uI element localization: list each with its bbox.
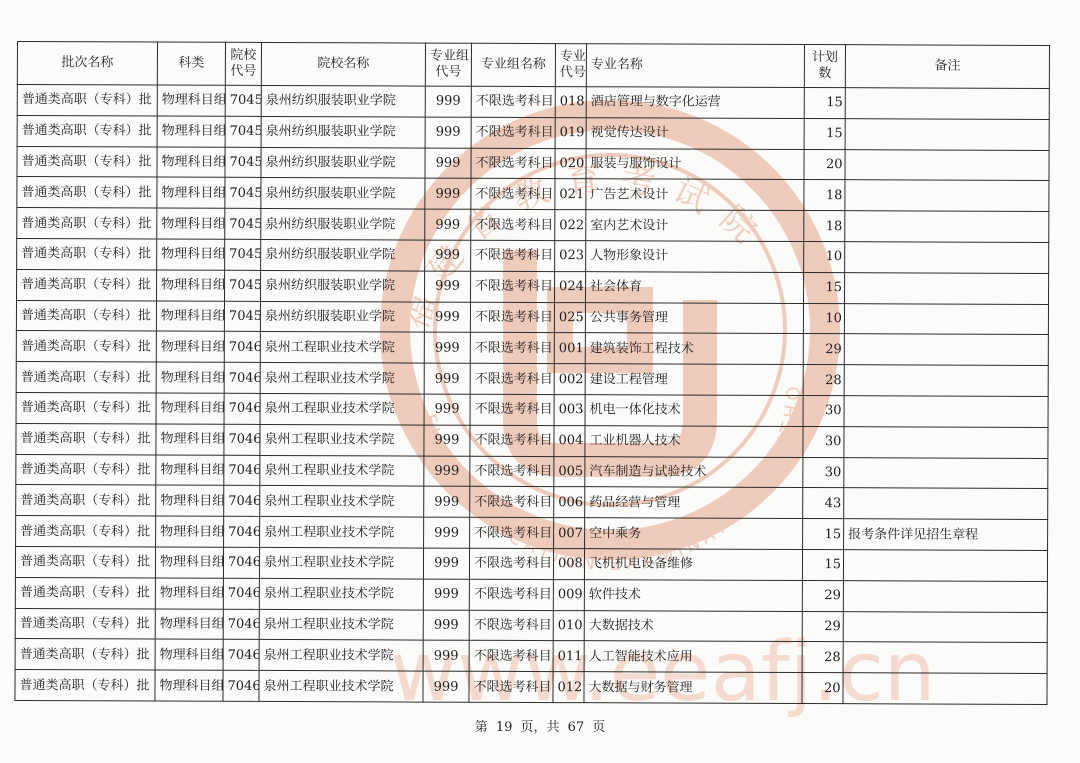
major-code-cell: 020 [555, 148, 586, 179]
major-name-cell: 空中乘务 [585, 518, 803, 550]
remark-cell [844, 426, 1048, 458]
school-name-cell: 泉州工程职业技术学院 [260, 455, 424, 486]
school-name-cell: 泉州纺织服装职业学院 [261, 270, 425, 301]
batch-cell: 普通类高职（专科）批 [16, 423, 156, 454]
group-code-cell: 999 [424, 456, 470, 487]
remark-cell [844, 396, 1048, 428]
school-code-cell: 7046 [224, 486, 260, 517]
remark-cell: 报考条件详见招生章程 [844, 519, 1048, 551]
major-code-cell: 012 [553, 672, 584, 703]
school-name-cell: 泉州工程职业技术学院 [260, 486, 424, 517]
school-code-cell: 7046 [223, 640, 259, 671]
group-code-cell: 999 [423, 548, 469, 579]
table-body: 普通类高职（专科）批物理科目组7045泉州纺织服装职业学院999不限选考科目01… [15, 85, 1049, 705]
category-cell: 物理科目组 [156, 485, 224, 516]
group-code-cell: 999 [425, 271, 471, 302]
school-code-cell: 7045 [225, 178, 261, 209]
group-name-cell: 不限选考科目 [469, 548, 553, 579]
remark-cell [845, 180, 1049, 212]
major-code-cell: 009 [553, 579, 584, 610]
major-code-cell: 010 [553, 610, 584, 641]
group-code-cell: 999 [423, 640, 469, 671]
header-school-name: 院校名称 [261, 42, 425, 86]
batch-cell: 普通类高职（专科）批 [16, 516, 156, 547]
table-row: 普通类高职（专科）批物理科目组7046泉州工程职业技术学院999不限选考科目00… [16, 454, 1048, 489]
school-code-cell: 7046 [224, 424, 260, 455]
group-code-cell: 999 [424, 517, 470, 548]
major-name-cell: 广告艺术设计 [586, 179, 804, 211]
school-code-cell: 7045 [225, 147, 261, 178]
school-name-cell: 泉州工程职业技术学院 [259, 609, 423, 640]
major-code-cell: 005 [554, 456, 585, 487]
major-name-cell: 汽车制造与试验技术 [585, 456, 803, 488]
batch-cell: 普通类高职（专科）批 [16, 485, 156, 516]
table-row: 普通类高职（专科）批物理科目组7046泉州工程职业技术学院999不限选考科目01… [15, 608, 1047, 643]
plan-count-cell: 20 [804, 149, 845, 180]
category-cell: 物理科目组 [157, 270, 225, 301]
school-code-cell: 7046 [224, 393, 260, 424]
major-code-cell: 025 [554, 302, 585, 333]
category-cell: 物理科目组 [156, 393, 224, 424]
remark-cell [845, 118, 1049, 150]
major-code-cell: 011 [553, 641, 584, 672]
major-name-cell: 人物形象设计 [586, 241, 804, 273]
major-code-cell: 018 [555, 87, 586, 118]
group-name-cell: 不限选考科目 [470, 363, 554, 394]
group-name-cell: 不限选考科目 [471, 86, 555, 117]
school-name-cell: 泉州纺织服装职业学院 [261, 147, 425, 178]
category-cell: 物理科目组 [156, 516, 224, 547]
group-code-cell: 999 [425, 240, 471, 271]
plan-count-cell: 30 [803, 426, 844, 457]
group-code-cell: 999 [424, 486, 470, 517]
group-name-cell: 不限选考科目 [471, 148, 555, 179]
batch-cell: 普通类高职（专科）批 [16, 331, 156, 362]
category-cell: 物理科目组 [155, 547, 223, 578]
plan-count-cell: 29 [802, 611, 843, 642]
category-cell: 物理科目组 [156, 331, 224, 362]
plan-count-cell: 29 [803, 334, 844, 365]
group-code-cell: 999 [424, 363, 470, 394]
remark-cell [844, 303, 1048, 335]
group-code-cell: 999 [423, 671, 469, 702]
school-name-cell: 泉州纺织服装职业学院 [261, 209, 425, 240]
remark-cell [844, 272, 1048, 304]
batch-cell: 普通类高职（专科）批 [17, 208, 157, 239]
category-cell: 物理科目组 [157, 85, 225, 116]
remark-cell [845, 149, 1049, 181]
batch-cell: 普通类高职（专科）批 [16, 392, 156, 423]
group-name-cell: 不限选考科目 [471, 240, 555, 271]
category-cell: 物理科目组 [156, 424, 224, 455]
category-cell: 物理科目组 [155, 639, 223, 670]
category-cell: 物理科目组 [157, 208, 225, 239]
major-name-cell: 大数据技术 [584, 610, 802, 642]
remark-cell [844, 334, 1048, 366]
table-row: 普通类高职（专科）批物理科目组7045泉州纺织服装职业学院999不限选考科目02… [17, 238, 1049, 273]
school-name-cell: 泉州纺织服装职业学院 [261, 178, 425, 209]
plan-count-cell: 15 [804, 118, 845, 149]
batch-cell: 普通类高职（专科）批 [15, 608, 155, 639]
category-cell: 物理科目组 [156, 362, 224, 393]
batch-cell: 普通类高职（专科）批 [15, 546, 155, 577]
group-name-cell: 不限选考科目 [469, 579, 553, 610]
group-code-cell: 999 [424, 394, 470, 425]
table-row: 普通类高职（专科）批物理科目组7046泉州工程职业技术学院999不限选考科目01… [15, 670, 1047, 705]
table-row: 普通类高职（专科）批物理科目组7046泉州工程职业技术学院999不限选考科目00… [16, 362, 1048, 397]
plan-count-cell: 15 [802, 549, 843, 580]
major-name-cell: 社会体育 [586, 271, 804, 303]
group-name-cell: 不限选考科目 [471, 179, 555, 210]
table-row: 普通类高职（专科）批物理科目组7045泉州纺织服装职业学院999不限选考科目02… [16, 300, 1048, 335]
group-code-cell: 999 [425, 209, 471, 240]
group-name-cell: 不限选考科目 [470, 456, 554, 487]
school-name-cell: 泉州纺织服装职业学院 [261, 85, 425, 116]
major-code-cell: 022 [555, 210, 586, 241]
major-name-cell: 公共事务管理 [585, 302, 803, 334]
category-cell: 物理科目组 [156, 301, 224, 332]
school-code-cell: 7046 [224, 362, 260, 393]
school-name-cell: 泉州纺织服装职业学院 [260, 301, 424, 332]
plan-count-cell: 10 [804, 242, 845, 273]
table-header-row: 批次名称 科类 院校代号 院校名称 专业组代号 专业组名称 专业代号 专业名称 … [17, 42, 1049, 89]
batch-cell: 普通类高职（专科）批 [17, 269, 157, 300]
school-code-cell: 7046 [223, 547, 259, 578]
batch-cell: 普通类高职（专科）批 [17, 177, 157, 208]
major-name-cell: 建筑装饰工程技术 [585, 333, 803, 365]
remark-cell [843, 580, 1047, 612]
table-row: 普通类高职（专科）批物理科目组7046泉州工程职业技术学院999不限选考科目00… [16, 516, 1048, 551]
table-row: 普通类高职（专科）批物理科目组7046泉州工程职业技术学院999不限选考科目00… [15, 577, 1047, 612]
major-name-cell: 人工智能技术应用 [584, 641, 802, 673]
school-name-cell: 泉州工程职业技术学院 [259, 671, 423, 702]
major-name-cell: 药品经营与管理 [585, 487, 803, 519]
group-name-cell: 不限选考科目 [471, 271, 555, 302]
plan-count-cell: 29 [802, 580, 843, 611]
header-remark: 备注 [845, 45, 1049, 89]
school-name-cell: 泉州工程职业技术学院 [260, 363, 424, 394]
category-cell: 物理科目组 [155, 670, 223, 701]
table-row: 普通类高职（专科）批物理科目组7046泉州工程职业技术学院999不限选考科目00… [16, 331, 1048, 366]
major-code-cell: 021 [555, 179, 586, 210]
school-name-cell: 泉州工程职业技术学院 [259, 578, 423, 609]
group-name-cell: 不限选考科目 [469, 641, 553, 672]
plan-count-cell: 18 [804, 180, 845, 211]
plan-count-cell: 30 [803, 395, 844, 426]
school-code-cell: 7046 [223, 578, 259, 609]
table-row: 普通类高职（专科）批物理科目组7046泉州工程职业技术学院999不限选考科目00… [15, 546, 1047, 581]
batch-cell: 普通类高职（专科）批 [17, 115, 157, 146]
major-name-cell: 工业机器人技术 [585, 425, 803, 457]
batch-cell: 普通类高职（专科）批 [16, 362, 156, 393]
group-name-cell: 不限选考科目 [469, 610, 553, 641]
group-name-cell: 不限选考科目 [470, 302, 554, 333]
header-group-code: 专业组代号 [425, 43, 471, 86]
school-name-cell: 泉州工程职业技术学院 [260, 424, 424, 455]
school-name-cell: 泉州纺织服装职业学院 [261, 116, 425, 147]
category-cell: 物理科目组 [157, 116, 225, 147]
batch-cell: 普通类高职（专科）批 [15, 670, 155, 701]
major-name-cell: 机电一体化技术 [585, 395, 803, 427]
major-name-cell: 酒店管理与数字化运营 [586, 87, 804, 119]
group-name-cell: 不限选考科目 [470, 487, 554, 518]
remark-cell [843, 673, 1047, 705]
category-cell: 物理科目组 [155, 609, 223, 640]
remark-cell [843, 611, 1047, 643]
remark-cell [843, 642, 1047, 674]
group-code-cell: 999 [424, 425, 470, 456]
plan-count-cell: 15 [804, 88, 845, 119]
school-code-cell: 7045 [225, 208, 261, 239]
group-code-cell: 999 [423, 579, 469, 610]
table-row: 普通类高职（专科）批物理科目组7045泉州纺织服装职业学院999不限选考科目02… [17, 269, 1049, 304]
school-name-cell: 泉州纺织服装职业学院 [261, 239, 425, 270]
plan-count-cell: 15 [803, 519, 844, 550]
school-code-cell: 7045 [225, 85, 261, 116]
batch-cell: 普通类高职（专科）批 [15, 577, 155, 608]
remark-cell [845, 242, 1049, 274]
plan-count-cell: 18 [804, 211, 845, 242]
remark-cell [844, 488, 1048, 520]
major-name-cell: 视觉传达设计 [586, 117, 804, 149]
remark-cell [845, 88, 1049, 120]
major-name-cell: 服装与服饰设计 [586, 148, 804, 180]
school-name-cell: 泉州工程职业技术学院 [259, 640, 423, 671]
plan-count-cell: 28 [803, 365, 844, 396]
school-code-cell: 7045 [225, 270, 261, 301]
group-code-cell: 999 [425, 178, 471, 209]
group-name-cell: 不限选考科目 [470, 517, 554, 548]
remark-cell [845, 211, 1049, 243]
school-code-cell: 7046 [224, 516, 260, 547]
table-row: 普通类高职（专科）批物理科目组7046泉州工程职业技术学院999不限选考科目00… [16, 392, 1048, 427]
major-code-cell: 004 [554, 425, 585, 456]
table-row: 普通类高职（专科）批物理科目组7046泉州工程职业技术学院999不限选考科目00… [16, 485, 1048, 520]
major-name-cell: 软件技术 [584, 579, 802, 611]
group-code-cell: 999 [423, 610, 469, 641]
header-major-code: 专业代号 [555, 44, 586, 87]
plan-count-cell: 28 [802, 642, 843, 673]
school-code-cell: 7045 [225, 116, 261, 147]
category-cell: 物理科目组 [157, 147, 225, 178]
school-name-cell: 泉州工程职业技术学院 [260, 393, 424, 424]
category-cell: 物理科目组 [155, 578, 223, 609]
school-code-cell: 7046 [224, 455, 260, 486]
school-code-cell: 7045 [225, 239, 261, 270]
school-name-cell: 泉州工程职业技术学院 [259, 547, 423, 578]
table-row: 普通类高职（专科）批物理科目组7046泉州工程职业技术学院999不限选考科目01… [15, 639, 1047, 674]
major-code-cell: 023 [555, 241, 586, 272]
batch-cell: 普通类高职（专科）批 [16, 300, 156, 331]
group-code-cell: 999 [424, 332, 470, 363]
header-school-code: 院校代号 [225, 42, 261, 85]
group-name-cell: 不限选考科目 [471, 209, 555, 240]
document-page: FUJIAN EDUCATION EXAMINATIONS AUTHORITY … [0, 0, 1080, 763]
major-name-cell: 室内艺术设计 [586, 210, 804, 242]
plan-count-cell: 30 [803, 457, 844, 488]
major-code-cell: 019 [555, 117, 586, 148]
remark-cell [844, 457, 1048, 489]
group-code-cell: 999 [424, 302, 470, 333]
group-code-cell: 999 [425, 117, 471, 148]
batch-cell: 普通类高职（专科）批 [17, 85, 157, 116]
table-row: 普通类高职（专科）批物理科目组7045泉州纺织服装职业学院999不限选考科目02… [17, 146, 1049, 181]
table-row: 普通类高职（专科）批物理科目组7045泉州纺织服装职业学院999不限选考科目01… [17, 115, 1049, 150]
category-cell: 物理科目组 [157, 177, 225, 208]
batch-cell: 普通类高职（专科）批 [17, 238, 157, 269]
group-name-cell: 不限选考科目 [470, 333, 554, 364]
school-name-cell: 泉州工程职业技术学院 [260, 517, 424, 548]
header-category: 科类 [157, 42, 225, 85]
batch-cell: 普通类高职（专科）批 [16, 454, 156, 485]
header-plan-count: 计划数 [804, 45, 845, 88]
major-code-cell: 002 [554, 364, 585, 395]
remark-cell [843, 550, 1047, 582]
major-name-cell: 大数据与财务管理 [584, 672, 802, 704]
major-code-cell: 006 [554, 487, 585, 518]
major-code-cell: 024 [555, 271, 586, 302]
school-name-cell: 泉州工程职业技术学院 [260, 332, 424, 363]
group-name-cell: 不限选考科目 [470, 394, 554, 425]
header-major-name: 专业名称 [586, 44, 804, 88]
header-group-name: 专业组名称 [471, 43, 555, 86]
school-code-cell: 7046 [223, 670, 259, 701]
group-name-cell: 不限选考科目 [470, 425, 554, 456]
header-batch: 批次名称 [17, 42, 157, 86]
plan-count-cell: 20 [802, 673, 843, 704]
group-code-cell: 999 [425, 86, 471, 117]
major-code-cell: 007 [554, 518, 585, 549]
plan-count-cell: 43 [803, 488, 844, 519]
admission-plan-table: 批次名称 科类 院校代号 院校名称 专业组代号 专业组名称 专业代号 专业名称 … [14, 41, 1050, 705]
plan-count-cell: 10 [803, 303, 844, 334]
major-name-cell: 建设工程管理 [585, 364, 803, 396]
category-cell: 物理科目组 [157, 239, 225, 270]
group-name-cell: 不限选考科目 [469, 671, 553, 702]
major-name-cell: 飞机机电设备维修 [584, 549, 802, 581]
category-cell: 物理科目组 [156, 455, 224, 486]
table-row: 普通类高职（专科）批物理科目组7046泉州工程职业技术学院999不限选考科目00… [16, 423, 1048, 458]
group-name-cell: 不限选考科目 [471, 117, 555, 148]
plan-count-cell: 15 [803, 272, 844, 303]
major-code-cell: 008 [553, 549, 584, 580]
table-row: 普通类高职（专科）批物理科目组7045泉州纺织服装职业学院999不限选考科目02… [17, 208, 1049, 243]
school-code-cell: 7046 [224, 332, 260, 363]
table-row: 普通类高职（专科）批物理科目组7045泉州纺织服装职业学院999不限选考科目02… [17, 177, 1049, 212]
batch-cell: 普通类高职（专科）批 [15, 639, 155, 670]
school-code-cell: 7046 [223, 609, 259, 640]
group-code-cell: 999 [425, 148, 471, 179]
major-code-cell: 003 [554, 395, 585, 426]
major-code-cell: 001 [554, 333, 585, 364]
table-row: 普通类高职（专科）批物理科目组7045泉州纺织服装职业学院999不限选考科目01… [17, 85, 1049, 120]
school-code-cell: 7045 [224, 301, 260, 332]
remark-cell [844, 365, 1048, 397]
batch-cell: 普通类高职（专科）批 [17, 146, 157, 177]
page-number-footer: 第 19 页，共 67 页 [0, 716, 1080, 735]
